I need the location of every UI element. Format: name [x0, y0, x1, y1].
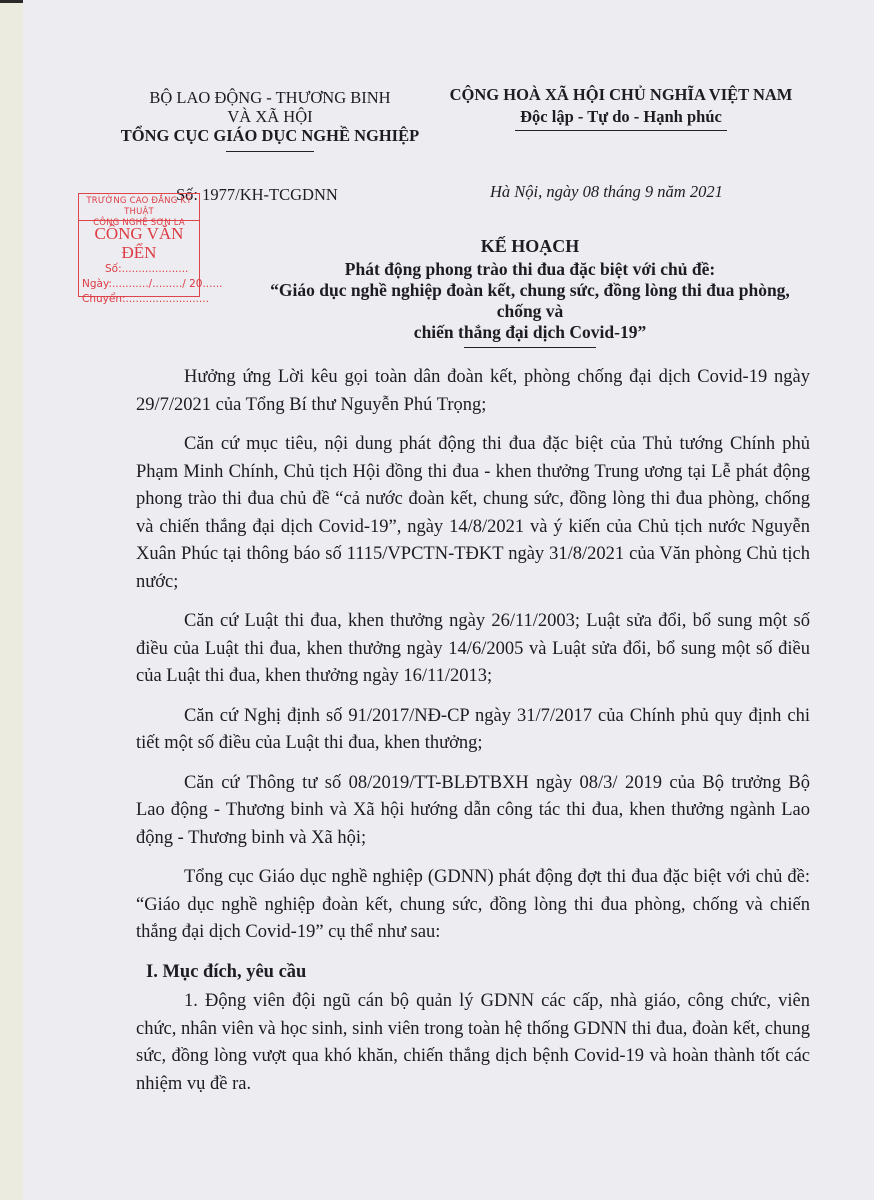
motto-underline [515, 130, 727, 131]
paragraph-basis-law: Căn cứ Luật thi đua, khen thưởng ngày 26… [136, 608, 810, 691]
paragraph-basis-circular: Căn cứ Thông tư số 08/2019/TT-BLĐTBXH ng… [136, 770, 810, 853]
paragraph-response: Hưởng ứng Lời kêu gọi toàn dân đoàn kết,… [136, 364, 810, 419]
issuer-header: BỘ LAO ĐỘNG - THƯƠNG BINH VÀ XÃ HỘI TỔNG… [100, 88, 440, 152]
stamp-number-field: Số:.................... [79, 262, 199, 277]
agency-underline [226, 151, 314, 152]
document-title: KẾ HOẠCH Phát động phong trào thi đua đặ… [250, 236, 810, 348]
subtitle-line-2: “Giáo dục nghề nghiệp đoàn kết, chung sứ… [250, 280, 810, 322]
ministry-line-1: BỘ LAO ĐỘNG - THƯƠNG BINH [100, 88, 440, 107]
document-body: Hưởng ứng Lời kêu gọi toàn dân đoàn kết,… [136, 364, 810, 1098]
section-heading: I. Mục đích, yêu cầu [136, 959, 810, 987]
stamp-school-line-1: TRƯỜNG CAO ĐẲNG KỸ THUẬT [79, 196, 199, 218]
ministry-line-2: VÀ XÃ HỘI [100, 107, 440, 126]
place-date: Hà Nội, ngày 08 tháng 9 năm 2021 [490, 182, 723, 202]
national-header: CỘNG HOÀ XÃ HỘI CHỦ NGHĨA VIỆT NAM Độc l… [432, 84, 810, 131]
paragraph-basis-decree: Căn cứ Nghị định số 91/2017/NĐ-CP ngày 3… [136, 703, 810, 758]
national-motto: Độc lập - Tự do - Hạnh phúc [432, 106, 810, 128]
document-number: Số: 1977/KH-TCGDNN [176, 185, 338, 205]
stamp-forward-field: Chuyển:......................... [79, 292, 199, 307]
country-name: CỘNG HOÀ XÃ HỘI CHỦ NGHĨA VIỆT NAM [432, 84, 810, 106]
stamp-title: CÔNG VĂN ĐẾN [79, 224, 199, 262]
document-type: KẾ HOẠCH [250, 236, 810, 257]
agency-name: TỔNG CỤC GIÁO DỤC NGHỀ NGHIỆP [100, 126, 440, 145]
paragraph-basis-pm: Căn cứ mục tiêu, nội dung phát động thi … [136, 431, 810, 596]
subtitle-line-1: Phát động phong trào thi đua đặc biệt vớ… [250, 259, 810, 280]
subtitle-line-3: chiến thắng đại dịch Covid-19” [250, 322, 810, 343]
stamp-school: TRƯỜNG CAO ĐẲNG KỸ THUẬT CÔNG NGHỆ SƠN L… [79, 194, 199, 221]
scanner-edge [0, 0, 23, 1200]
stamp-date-field: Ngày:.........../........./ 20...... [79, 277, 199, 292]
incoming-document-stamp: TRƯỜNG CAO ĐẲNG KỸ THUẬT CÔNG NGHỆ SƠN L… [78, 193, 200, 297]
paragraph-launch: Tổng cục Giáo dục nghề nghiệp (GDNN) phá… [136, 864, 810, 947]
title-underline [464, 347, 596, 348]
item-1: 1. Động viên đội ngũ cán bộ quản lý GDNN… [136, 988, 810, 1098]
